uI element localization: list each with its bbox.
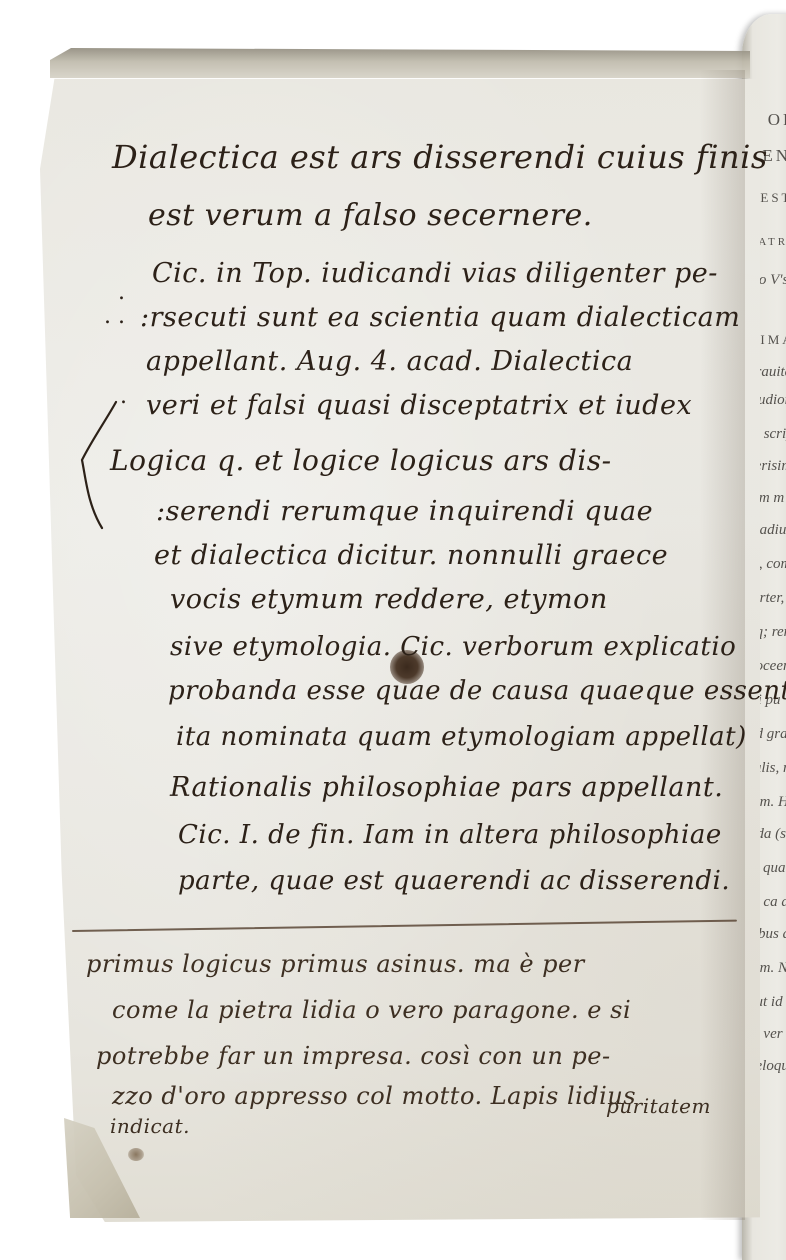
annotation-line: potrebbe far un impresa. così con un pe- (96, 1042, 611, 1070)
manuscript-line: Dialectica est ars disserendi cuius fini… (112, 138, 768, 176)
manuscript-line: ita nominata quam etymologiam appellat) (176, 722, 747, 752)
manuscript-line: sive etymologia. Cic. verborum explicati… (170, 632, 736, 662)
annotation-line: zzo d'oro appresso col motto. Lapis lidi… (112, 1082, 636, 1110)
manuscript-line: est verum a falso secernere. (148, 198, 593, 233)
page-top-edge (50, 48, 750, 78)
manuscript-line: et dialectica dicitur. nonnulli graece (154, 540, 668, 571)
margin-dot: . . (104, 304, 125, 329)
manuscript-line: veri et falsi quasi disceptatrix et iude… (146, 390, 692, 421)
manuscript-line: Rationalis philosophiae pars appellant. (170, 772, 723, 803)
margin-dot: . (120, 384, 127, 409)
paper-stain (128, 1148, 144, 1161)
manuscript-line: vocis etymum reddere, etymon (170, 584, 608, 615)
annotation-line: come la pietra lidia o vero paragone. e … (112, 996, 631, 1024)
manuscript-line: :rsecuti sunt ea scientia quam dialectic… (140, 302, 740, 333)
manuscript-line: probanda esse quae de causa quaeque esse… (168, 676, 786, 706)
manuscript-line: parte, quae est quaerendi ac disserendi. (178, 866, 730, 896)
manuscript-line: Cic. I. de fin. Iam in altera philosophi… (178, 820, 722, 850)
margin-dot: . (118, 280, 125, 305)
annotation-line: indicat. (110, 1114, 190, 1138)
annotation-line: primus logicus primus asinus. ma è per (86, 950, 585, 978)
manuscript-line-margin: Logica q. et logice logicus ars dis- (110, 444, 612, 477)
manuscript-line: appellant. Aug. 4. acad. Dialectica (146, 346, 633, 377)
manuscript-line: Cic. in Top. iudicandi vias diligenter p… (152, 258, 718, 289)
manuscript-line: :serendi rerumque inquirendi quae (156, 496, 653, 527)
annotation-line: puritatem (606, 1094, 711, 1118)
